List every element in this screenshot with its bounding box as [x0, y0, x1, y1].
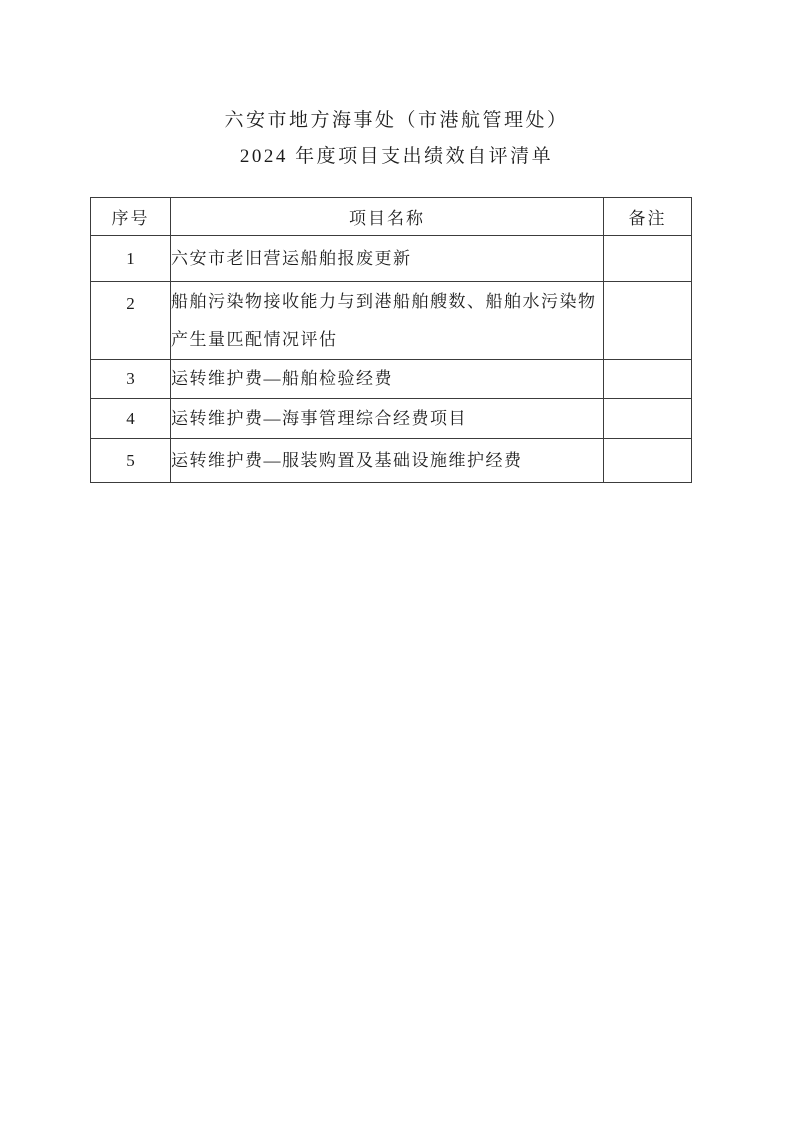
row-remark: [604, 236, 692, 282]
table-row: 2 船舶污染物接收能力与到港船舶艘数、船舶水污染物产生量匹配情况评估: [91, 282, 692, 360]
header-remark: 备注: [604, 198, 692, 236]
row-serial-number: 3: [91, 360, 171, 399]
row-remark: [604, 282, 692, 360]
row-project-name: 六安市老旧营运船舶报废更新: [171, 236, 604, 282]
row-serial-number: 5: [91, 439, 171, 483]
table-header-row: 序号 项目名称 备注: [91, 198, 692, 236]
row-remark: [604, 360, 692, 399]
row-project-name: 运转维护费—海事管理综合经费项目: [171, 399, 604, 439]
table-row: 5 运转维护费—服装购置及基础设施维护经费: [91, 439, 692, 483]
row-serial-number: 1: [91, 236, 171, 282]
row-project-name: 运转维护费—服装购置及基础设施维护经费: [171, 439, 604, 483]
document-title-line2: 2024 年度项目支出绩效自评清单: [0, 139, 793, 175]
document-title: 六安市地方海事处（市港航管理处） 2024 年度项目支出绩效自评清单: [0, 103, 793, 175]
row-serial-number: 2: [91, 282, 171, 360]
projects-table: 序号 项目名称 备注 1 六安市老旧营运船舶报废更新 2 船舶污染物接收能力与到…: [90, 197, 692, 483]
row-remark: [604, 399, 692, 439]
header-serial-number: 序号: [91, 198, 171, 236]
table-row: 3 运转维护费—船舶检验经费: [91, 360, 692, 399]
table-row: 1 六安市老旧营运船舶报废更新: [91, 236, 692, 282]
row-serial-number: 4: [91, 399, 171, 439]
document-page: 六安市地方海事处（市港航管理处） 2024 年度项目支出绩效自评清单 序号 项目…: [0, 0, 793, 1122]
table-row: 4 运转维护费—海事管理综合经费项目: [91, 399, 692, 439]
row-remark: [604, 439, 692, 483]
row-project-name: 船舶污染物接收能力与到港船舶艘数、船舶水污染物产生量匹配情况评估: [171, 282, 604, 360]
row-project-name: 运转维护费—船舶检验经费: [171, 360, 604, 399]
document-title-line1: 六安市地方海事处（市港航管理处）: [0, 103, 793, 139]
header-project-name: 项目名称: [171, 198, 604, 236]
